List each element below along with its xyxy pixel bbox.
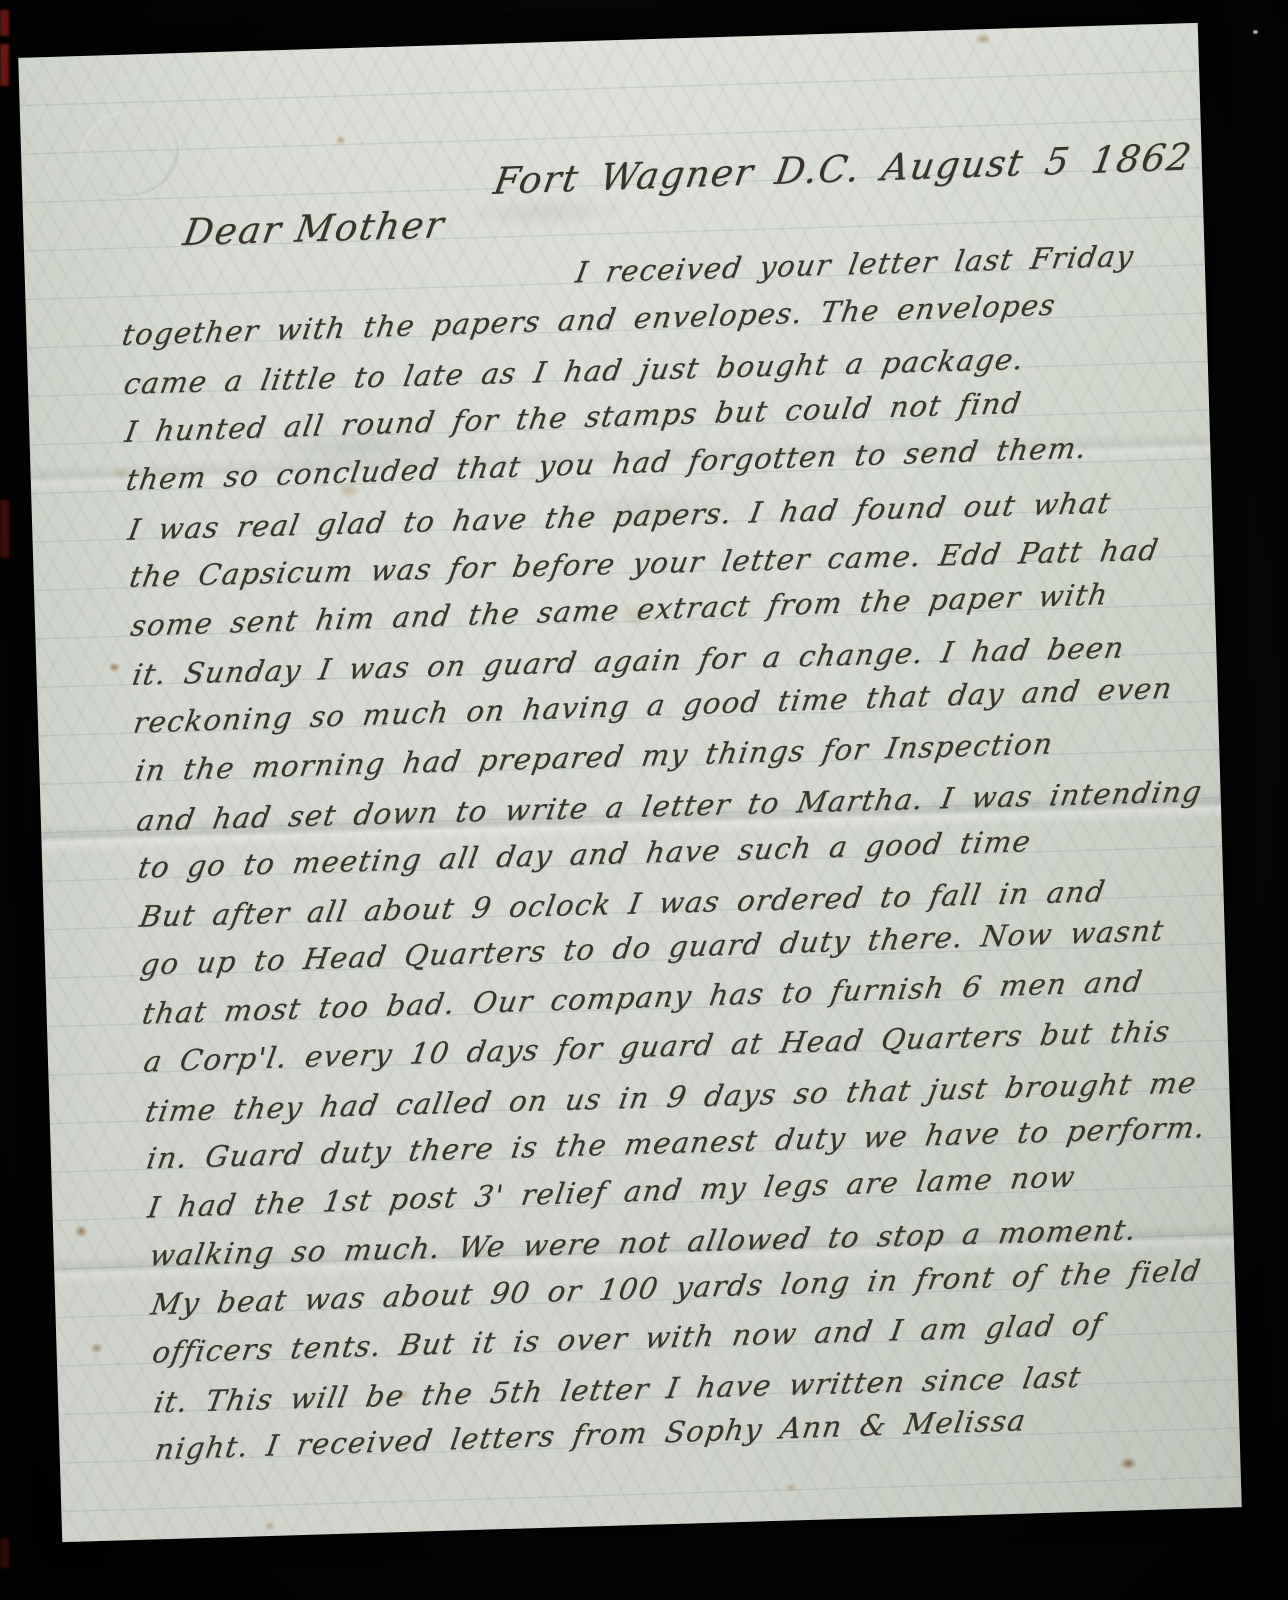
letter-body: I received your letter last Friday toget… <box>115 237 1242 1481</box>
film-edge-mark <box>0 1538 9 1568</box>
photo-background: Fort Wagner D.C. August 5 1862 Dear Moth… <box>0 0 1288 1600</box>
film-edge-mark <box>0 10 9 36</box>
letter-page: Fort Wagner D.C. August 5 1862 Dear Moth… <box>18 23 1242 1542</box>
letter-salutation: Dear Mother <box>180 203 448 254</box>
film-edge-mark <box>0 500 9 558</box>
film-edge-mark <box>0 44 9 86</box>
letter-dateline: Fort Wagner D.C. August 5 1862 <box>491 135 1196 203</box>
dust-speck <box>1253 30 1258 34</box>
embossed-stationery-stamp <box>73 103 186 205</box>
